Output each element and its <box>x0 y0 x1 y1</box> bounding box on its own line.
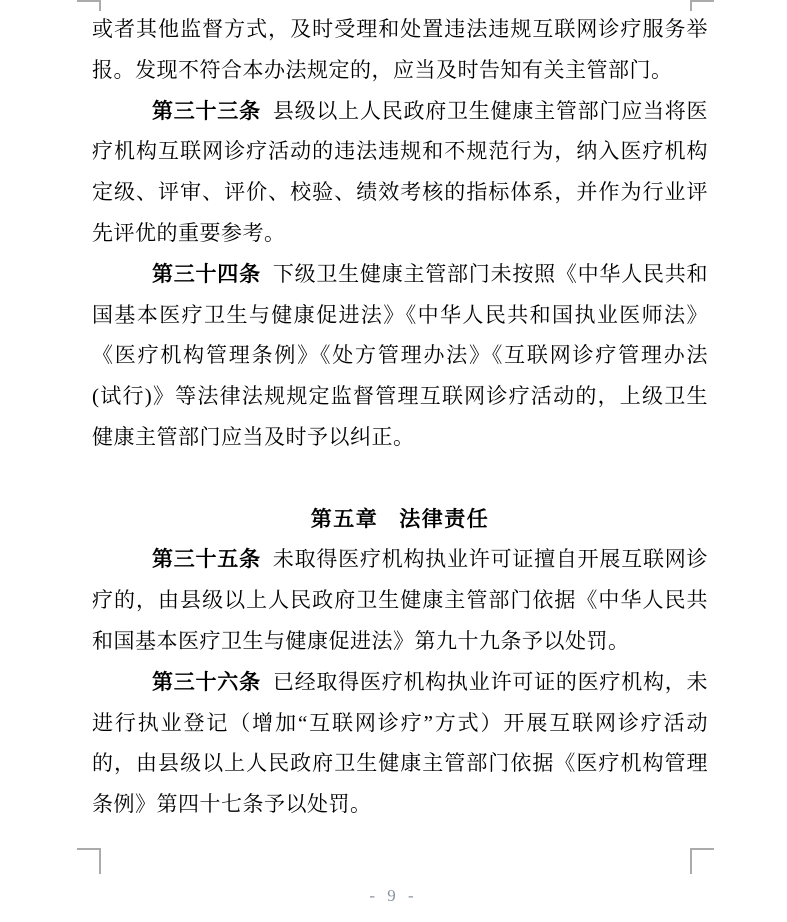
chapter-title: 法律责任 <box>399 507 489 531</box>
paragraph-line: 疗的，由县级以上人民政府卫生健康主管部门依据《中华人民共 <box>92 580 708 621</box>
paragraph-line: 第三十五条未取得医疗机构执业许可证擅自开展互联网诊 <box>92 539 708 580</box>
paragraph-line: 国基本医疗卫生与健康促进法》《中华人民共和国执业医师法》 <box>92 295 708 336</box>
paragraph-line: 进行执业登记（增加“互联网诊疗”方式）开展互联网诊疗活动 <box>92 703 708 744</box>
text-boundary-mark-bottom-left <box>77 848 101 874</box>
paragraph-line: 或者其他监督方式，及时受理和处置违法违规互联网诊疗服务举 <box>92 9 708 50</box>
body-text: 或者其他监督方式，及时受理和处置违法违规互联网诊疗服务举 报。发现不符合本办法规… <box>92 9 708 825</box>
paragraph-line: 条例》第四十七条予以处罚。 <box>92 784 708 825</box>
paragraph-line: 疗机构互联网诊疗活动的违法违规和不规范行为，纳入医疗机构 <box>92 131 708 172</box>
paragraph-line: 健康主管部门应当及时予以纠正。 <box>92 417 708 458</box>
paragraph-line: 先评优的重要参考。 <box>92 213 708 254</box>
blank-line <box>92 458 708 499</box>
paragraph-line: 第三十四条下级卫生健康主管部门未按照《中华人民共和 <box>92 254 708 295</box>
paragraph-line: 第三十三条县级以上人民政府卫生健康主管部门应当将医 <box>92 91 708 132</box>
chapter-number: 第五章 <box>311 507 379 531</box>
article-number: 第三十六条 <box>152 670 261 694</box>
paragraph-line: 的，由县级以上人民政府卫生健康主管部门依据《医疗机构管理 <box>92 743 708 784</box>
chapter-heading: 第五章法律责任 <box>92 499 708 540</box>
paragraph-line: 和国基本医疗卫生与健康促进法》第九十九条予以处罚。 <box>92 621 708 662</box>
document-page: { "document": { "body_lines": [ { "text"… <box>0 0 787 922</box>
paragraph-line: (试行)》等法律法规规定监督管理互联网诊疗活动的，上级卫生 <box>92 376 708 417</box>
paragraph-line: 《医疗机构管理条例》《处方管理办法》《互联网诊疗管理办法 <box>92 335 708 376</box>
paragraph-line: 报。发现不符合本办法规定的，应当及时告知有关主管部门。 <box>92 50 708 91</box>
paragraph-line: 第三十六条已经取得医疗机构执业许可证的医疗机构，未 <box>92 662 708 703</box>
article-number: 第三十五条 <box>152 547 261 571</box>
article-number: 第三十三条 <box>152 99 261 123</box>
paragraph-line: 定级、评审、评价、校验、绩效考核的指标体系，并作为行业评 <box>92 172 708 213</box>
text-boundary-mark-bottom-right <box>690 848 714 874</box>
article-number: 第三十四条 <box>152 262 261 286</box>
page-number: - 9 - <box>0 886 787 906</box>
